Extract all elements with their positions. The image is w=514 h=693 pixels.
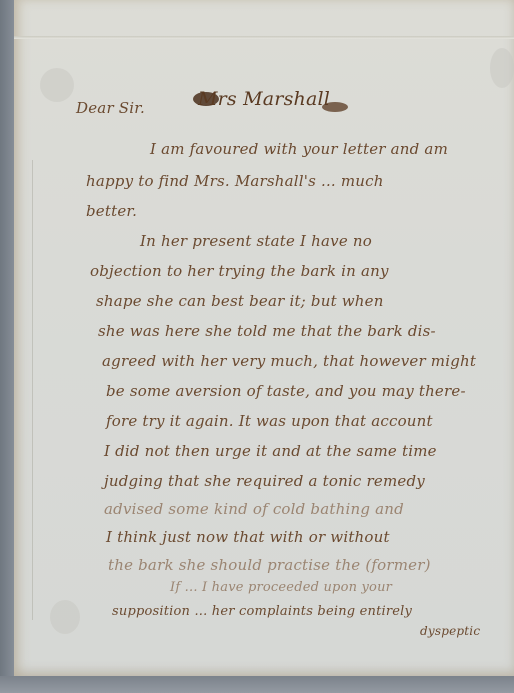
paper-stain bbox=[490, 48, 514, 88]
letter-line-10: fore try it again. It was upon that acco… bbox=[106, 412, 433, 430]
margin-crease bbox=[32, 160, 33, 620]
paper-fold-line bbox=[14, 36, 514, 39]
letter-line-5: objection to her trying the bark in any bbox=[90, 262, 389, 280]
letter-line-15: the bark she should practise the (former… bbox=[108, 556, 431, 574]
letter-line-1: I am favoured with your letter and am bbox=[150, 140, 448, 158]
scan-background-bottom bbox=[0, 676, 514, 693]
letter-line-7: she was here she told me that the bark d… bbox=[98, 322, 436, 340]
letter-line-12: judging that she required a tonic remedy bbox=[104, 472, 425, 490]
letter-line-4: In her present state I have no bbox=[140, 232, 372, 250]
recipient-name: Mrs Marshall bbox=[198, 88, 330, 110]
letter-line-3: better. bbox=[86, 202, 137, 220]
letter-line-18: dyspeptic bbox=[420, 624, 480, 638]
letter-line-2: happy to find Mrs. Marshall's ... much bbox=[86, 172, 384, 190]
letter-line-14: I think just now that with or without bbox=[106, 528, 390, 546]
letter-line-8: agreed with her very much, that however … bbox=[102, 352, 476, 370]
paper-stain bbox=[50, 600, 80, 634]
letter-line-17: supposition ... her complaints being ent… bbox=[112, 604, 412, 619]
letter-line-11: I did not then urge it and at the same t… bbox=[104, 442, 437, 460]
paper-stain bbox=[40, 68, 74, 102]
salutation: Dear Sir. bbox=[76, 99, 145, 117]
letter-line-6: shape she can best bear it; but when bbox=[96, 292, 384, 310]
letter-line-9: be some aversion of taste, and you may t… bbox=[106, 382, 466, 400]
letter-line-16: If ... I have proceeded upon your bbox=[170, 580, 392, 595]
letter-line-13: advised some kind of cold bathing and bbox=[104, 500, 404, 518]
